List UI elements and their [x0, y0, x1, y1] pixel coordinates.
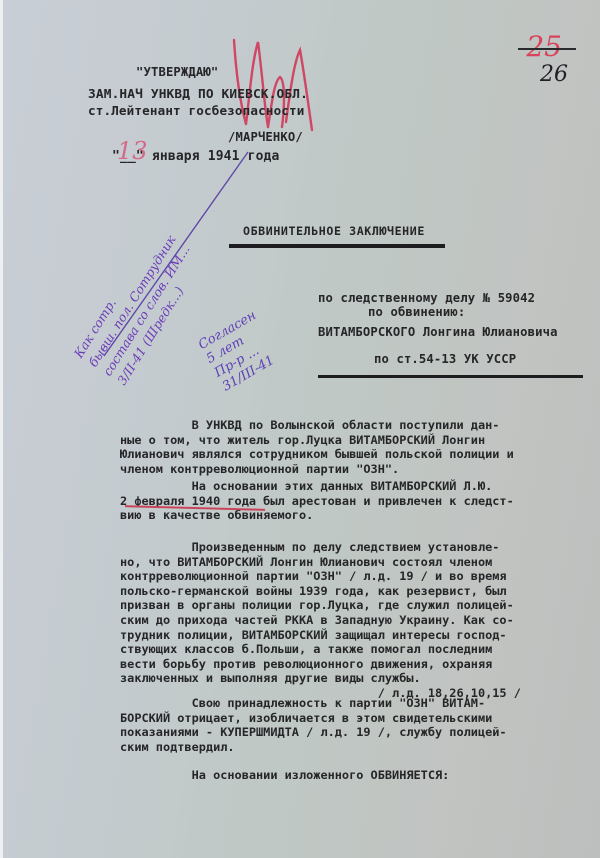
paragraph-5: На основании изложенного ОБВИНЯЕТСЯ:	[120, 768, 449, 783]
case-underline	[318, 375, 583, 378]
approver-rank: ст.Лейтенант госбезопасности	[88, 103, 305, 118]
page-number: 26	[540, 62, 568, 87]
approver-position: ЗАМ.НАЧ УНКВД ПО КИЕВСК.ОБЛ.	[88, 87, 308, 102]
paragraph-3: Произведенным по делу следствием установ…	[120, 540, 521, 701]
accusation-label: по обвинению:	[368, 305, 465, 320]
accused-name: ВИТАМБОРСКОГО Лонгина Юлиановича	[318, 325, 558, 340]
document-title: ОБВИНИТЕЛЬНОЕ ЗАКЛЮЧЕНИЕ	[243, 224, 425, 239]
title-underline	[229, 244, 445, 248]
legal-article: по ст.54-13 УК УССР	[374, 352, 516, 367]
paragraph-1: В УНКВД по Волынской области поступили д…	[120, 418, 514, 476]
old-page-number: 25	[526, 30, 562, 63]
approver-name: /МАРЧЕНКО/	[228, 130, 303, 145]
page-number-strikethrough	[518, 48, 576, 50]
paragraph-4: Свою принадлежность к партии "ОЗН" ВИТАМ…	[120, 696, 507, 754]
case-number-line: по следственному делу № 59042	[318, 291, 535, 306]
paper-edge	[0, 0, 3, 858]
paragraph-2: На основании этих данных ВИТАМБОРСКИЙ Л.…	[120, 479, 514, 523]
approval-heading: "УТВЕРЖДАЮ"	[136, 65, 218, 80]
